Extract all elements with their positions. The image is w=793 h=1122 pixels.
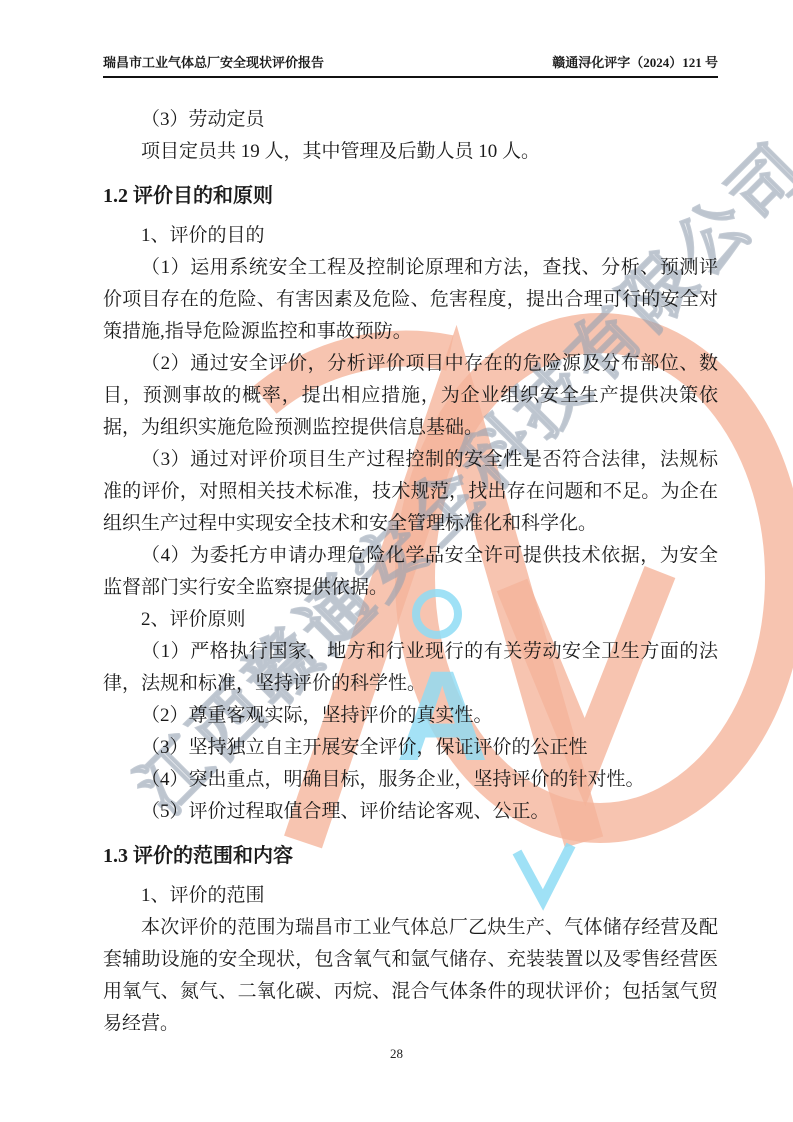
paragraph: （5）评价过程取值合理、评价结论客观、公正。: [103, 796, 718, 828]
paragraph: 2、评价原则: [103, 604, 718, 636]
header-doc-number: 赣通浔化评字（2024）121 号: [552, 52, 718, 71]
section-heading-1-3: 1.3 评价的范围和内容: [103, 840, 718, 872]
paragraph: （3）劳动定员: [103, 104, 718, 136]
paragraph: 项目定员共 19 人，其中管理及后勤人员 10 人。: [103, 136, 718, 168]
paragraph: （4）突出重点，明确目标，服务企业，坚持评价的针对性。: [103, 764, 718, 796]
page-number: 28: [0, 1046, 793, 1062]
page-header: 瑞昌市工业气体总厂安全现状评价报告 赣通浔化评字（2024）121 号: [103, 52, 718, 78]
document-body: （3）劳动定员 项目定员共 19 人，其中管理及后勤人员 10 人。 1.2 评…: [103, 104, 718, 1040]
paragraph: 本次评价的范围为瑞昌市工业气体总厂乙炔生产、气体储存经营及配套辅助设施的安全现状…: [103, 912, 718, 1040]
document-page: A 江西赣通安全科技有限公司 瑞昌市工业气体总厂安全现状评价报告 赣通浔化评字（…: [0, 0, 793, 1122]
paragraph: （2）尊重客观实际，坚持评价的真实性。: [103, 700, 718, 732]
paragraph: 1、评价的范围: [103, 880, 718, 912]
paragraph: （4）为委托方申请办理危险化学品安全许可提供技术依据，为安全监督部门实行安全监察…: [103, 540, 718, 604]
paragraph: （2）通过安全评价，分析评价项目中存在的危险源及分布部位、数目，预测事故的概率，…: [103, 348, 718, 444]
header-report-title: 瑞昌市工业气体总厂安全现状评价报告: [103, 52, 324, 71]
paragraph: 1、评价的目的: [103, 220, 718, 252]
section-heading-1-2: 1.2 评价目的和原则: [103, 180, 718, 212]
paragraph: （3）通过对评价项目生产过程控制的安全性是否符合法律，法规标准的评价，对照相关技…: [103, 444, 718, 540]
paragraph: （3）坚持独立自主开展安全评价，保证评价的公正性: [103, 732, 718, 764]
paragraph: （1）运用系统安全工程及控制论原理和方法，查找、分析、预测评价项目存在的危险、有…: [103, 252, 718, 348]
paragraph: （1）严格执行国家、地方和行业现行的有关劳动安全卫生方面的法律，法规和标准，坚持…: [103, 636, 718, 700]
